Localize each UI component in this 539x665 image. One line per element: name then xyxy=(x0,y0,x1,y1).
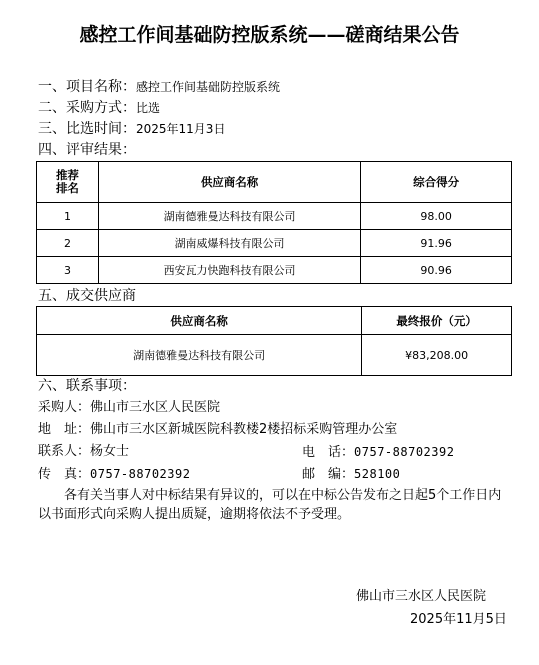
zip-value: 528100 xyxy=(354,467,400,481)
selection-date-line: 三、比选时间：2025年11月3日 xyxy=(38,120,225,138)
table-header-row: 推荐 排名 供应商名称 综合得分 xyxy=(37,162,512,203)
column-header-rank: 推荐 排名 xyxy=(37,162,99,203)
rank-cell: 1 xyxy=(37,203,99,230)
address-label: 地 址： xyxy=(38,422,90,437)
fax-line: 传 真：0757-88702392 xyxy=(38,465,190,484)
zip-label: 邮 编： xyxy=(302,467,354,482)
procurement-method-value: 比选 xyxy=(136,101,160,115)
contact-person-label: 联系人： xyxy=(38,444,90,459)
address-value: 佛山市三水区新城医院科教楼2楼招标采购管理办公室 xyxy=(90,422,397,437)
winning-supplier-table: 供应商名称 最终报价（元） 湖南德雅曼达科技有限公司 ¥83,208.00 xyxy=(36,306,512,376)
selection-date-value: 2025年11月3日 xyxy=(136,122,225,136)
page-title: 感控工作间基础防控版系统——磋商结果公告 xyxy=(0,20,539,47)
contact-heading: 六、联系事项： xyxy=(38,377,136,395)
score-cell: 91.96 xyxy=(361,230,512,257)
project-name-line: 一、项目名称：感控工作间基础防控版系统 xyxy=(38,78,280,96)
project-name-label: 一、项目名称： xyxy=(38,79,136,95)
table-header-row: 供应商名称 最终报价（元） xyxy=(37,307,512,335)
supplier-cell: 湖南德雅曼达科技有限公司 xyxy=(37,335,362,376)
score-cell: 90.96 xyxy=(361,257,512,284)
table-row: 1 湖南德雅曼达科技有限公司 98.00 xyxy=(37,203,512,230)
signature-date: 2025年11月5日 xyxy=(410,608,507,627)
review-results-table: 推荐 排名 供应商名称 综合得分 1 湖南德雅曼达科技有限公司 98.00 2 … xyxy=(36,161,512,284)
project-name-value: 感控工作间基础防控版系统 xyxy=(136,80,280,94)
selection-date-label: 三、比选时间： xyxy=(38,121,136,137)
rank-cell: 2 xyxy=(37,230,99,257)
column-header-supplier: 供应商名称 xyxy=(98,162,360,203)
buyer-value: 佛山市三水区人民医院 xyxy=(90,400,220,415)
phone-value: 0757-88702392 xyxy=(354,445,454,459)
rank-cell: 3 xyxy=(37,257,99,284)
rank-header-line2: 排名 xyxy=(37,182,98,195)
supplier-cell: 湖南威爆科技有限公司 xyxy=(98,230,360,257)
winning-supplier-heading: 五、成交供应商 xyxy=(38,287,136,305)
signature-org: 佛山市三水区人民医院 xyxy=(356,585,486,604)
table-row: 湖南德雅曼达科技有限公司 ¥83,208.00 xyxy=(37,335,512,376)
price-cell: ¥83,208.00 xyxy=(362,335,512,376)
column-header-score: 综合得分 xyxy=(361,162,512,203)
supplier-cell: 湖南德雅曼达科技有限公司 xyxy=(98,203,360,230)
procurement-method-label: 二、采购方式： xyxy=(38,100,136,116)
phone-label: 电 话： xyxy=(302,445,354,460)
supplier-cell: 西安瓦力快跑科技有限公司 xyxy=(98,257,360,284)
phone-line: 电 话：0757-88702392 xyxy=(302,443,454,462)
procurement-method-line: 二、采购方式：比选 xyxy=(38,99,160,117)
contact-person-line: 联系人：杨女士 xyxy=(38,443,129,461)
table-row: 3 西安瓦力快跑科技有限公司 90.96 xyxy=(37,257,512,284)
fax-value: 0757-88702392 xyxy=(90,467,190,481)
contact-person-value: 杨女士 xyxy=(90,444,129,459)
column-header-price: 最终报价（元） xyxy=(362,307,512,335)
buyer-label: 采购人： xyxy=(38,400,90,415)
address-line: 地 址：佛山市三水区新城医院科教楼2楼招标采购管理办公室 xyxy=(38,421,397,439)
column-header-supplier: 供应商名称 xyxy=(37,307,362,335)
review-results-heading: 四、评审结果： xyxy=(38,141,136,159)
table-row: 2 湖南威爆科技有限公司 91.96 xyxy=(37,230,512,257)
zip-line: 邮 编：528100 xyxy=(302,465,400,484)
objection-notice: 各有关当事人对中标结果有异议的，可以在中标公告发布之日起5个工作日内以书面形式向… xyxy=(38,486,508,524)
score-cell: 98.00 xyxy=(361,203,512,230)
fax-label: 传 真： xyxy=(38,467,90,482)
buyer-line: 采购人：佛山市三水区人民医院 xyxy=(38,399,220,417)
